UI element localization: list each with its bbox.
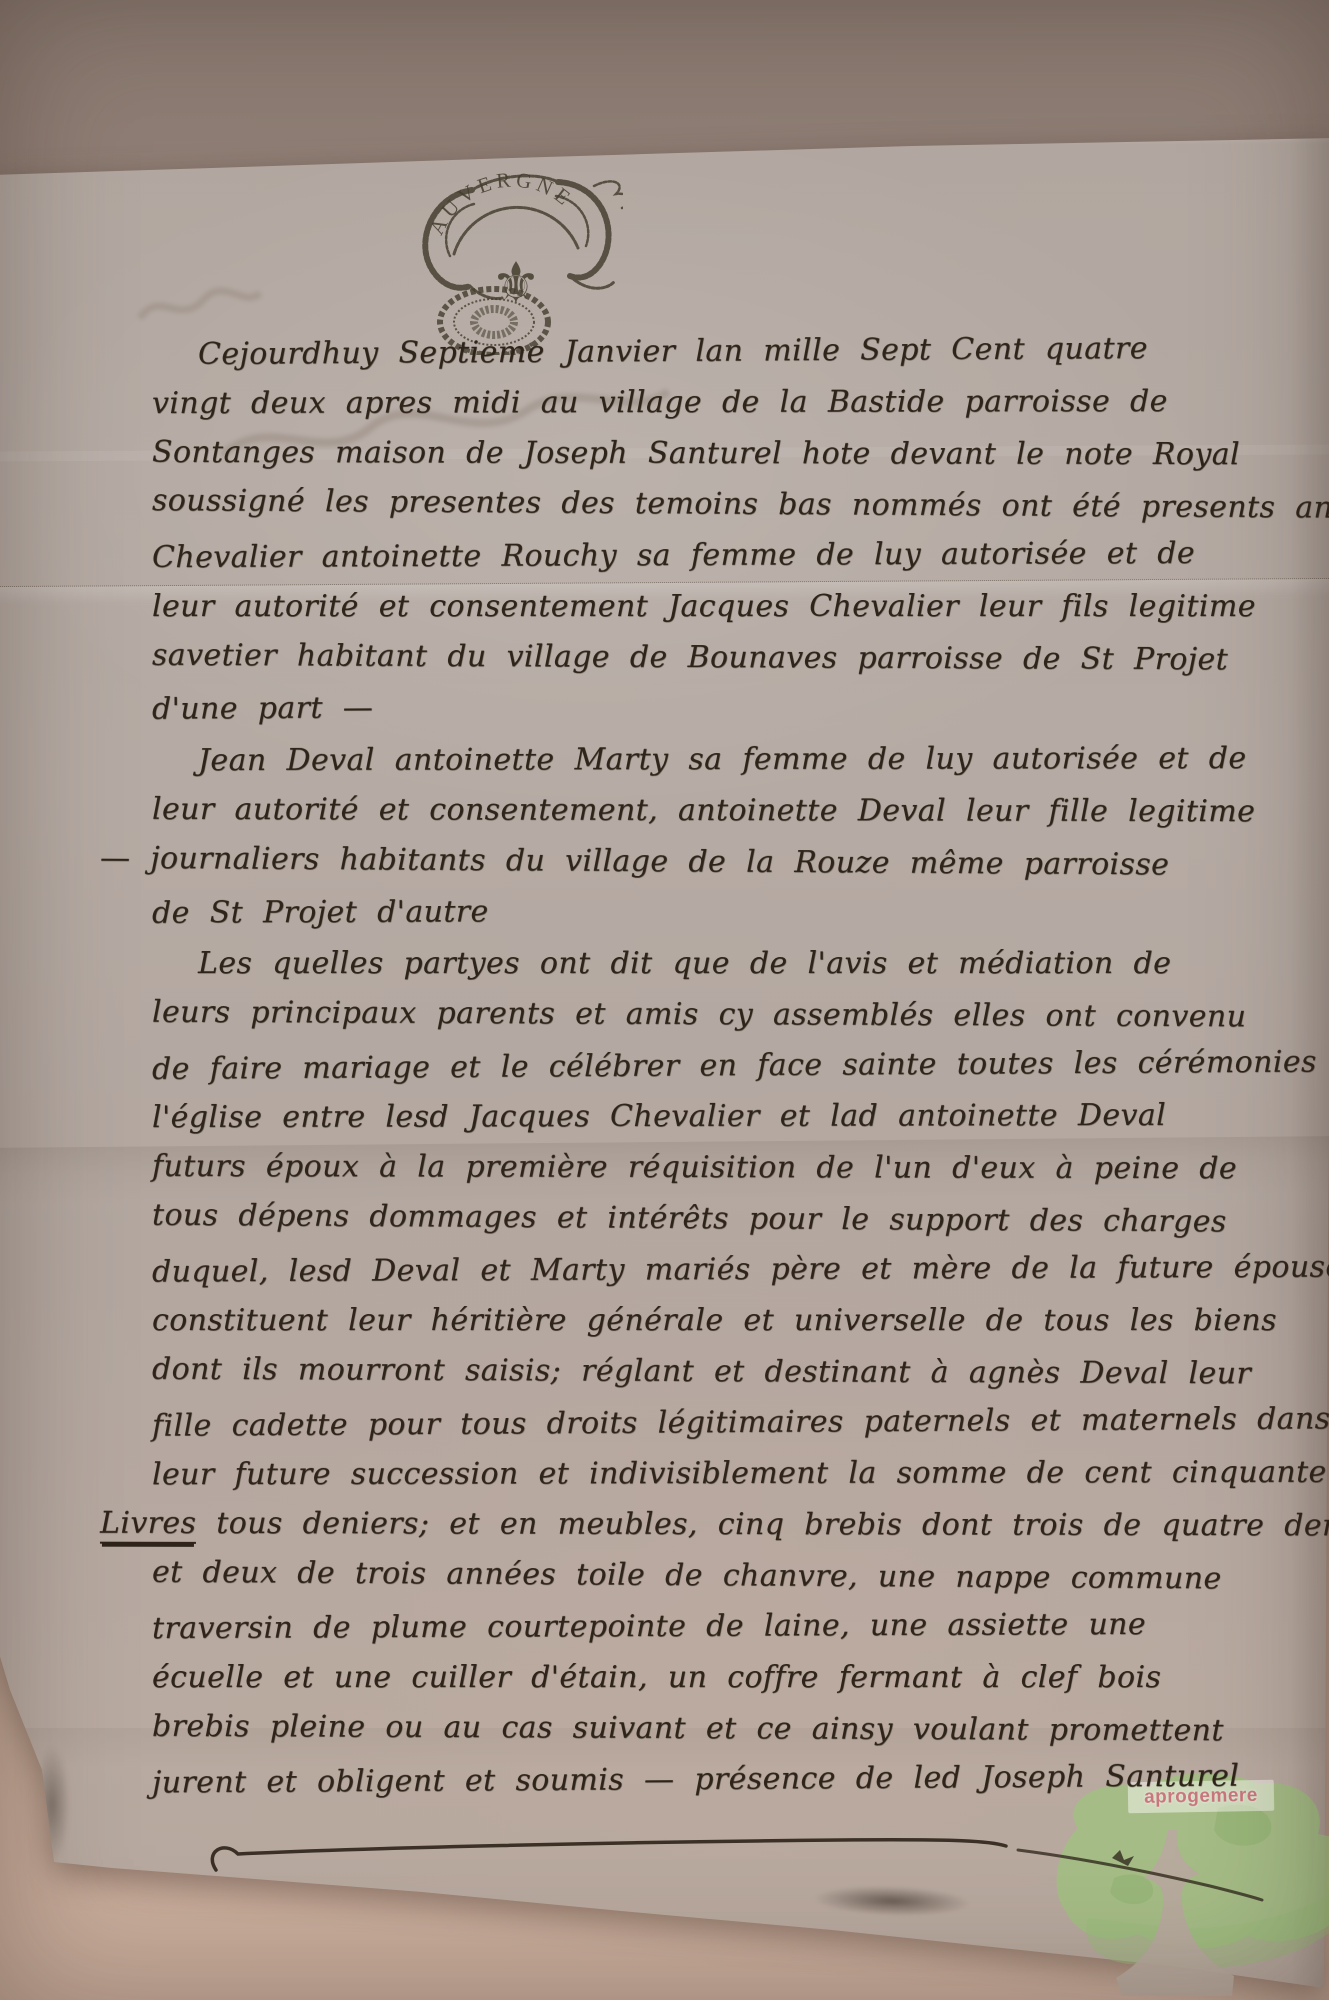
- manuscript-line: de faire mariage et le célébrer en face …: [152, 1044, 1329, 1087]
- photographed-manuscript: aprogemere AUVERGNE ⚜ Cejourdhuy Septiem…: [0, 0, 1329, 2000]
- manuscript-line: Jean Deval antoinette Marty sa femme de …: [198, 741, 1247, 778]
- manuscript-line: traversin de plume courtepointe de laine…: [152, 1607, 1146, 1646]
- manuscript-line: — journaliers habitants du village de la…: [100, 841, 1170, 883]
- manuscript-line: leur autorité et consentement Jacques Ch…: [152, 589, 1256, 624]
- manuscript-text: Cejourdhuy Septieme Janvier lan mille Se…: [0, 0, 1329, 2000]
- manuscript-line: et deux de trois années toile de chanvre…: [152, 1555, 1222, 1597]
- manuscript-line: Cejourdhuy Septieme Janvier lan mille Se…: [198, 331, 1148, 372]
- manuscript-line: vingt deux apres midi au village de la B…: [152, 384, 1168, 421]
- ink-flourish: [200, 1826, 1280, 1916]
- manuscript-line: constituent leur héritière générale et u…: [152, 1303, 1277, 1338]
- manuscript-line: de St Projet d'autre: [152, 894, 489, 930]
- manuscript-line: duquel, lesd Deval et Marty mariés père …: [152, 1250, 1329, 1290]
- manuscript-line: Chevalier antoinette Rouchy sa femme de …: [152, 536, 1195, 575]
- manuscript-line: leurs principaux parents et amis cy asse…: [152, 995, 1246, 1035]
- underlined-margin-word: Livres: [100, 1506, 196, 1544]
- manuscript-line: futurs époux à la première réquisition d…: [152, 1149, 1237, 1186]
- manuscript-line: jurent et obligent et soumis — présence …: [152, 1759, 1240, 1801]
- manuscript-line: écuelle et une cuiller d'étain, un coffr…: [152, 1660, 1161, 1695]
- manuscript-line: Sontanges maison de Joseph Santurel hote…: [152, 435, 1240, 472]
- manuscript-line: fille cadette pour tous droits légitimai…: [152, 1401, 1329, 1443]
- manuscript-line: savetier habitant du village de Bounaves…: [152, 638, 1228, 678]
- manuscript-line: brebis pleine ou au cas suivant et ce ai…: [152, 1709, 1224, 1748]
- manuscript-line: dont ils mourront saisis; réglant et des…: [152, 1352, 1251, 1392]
- manuscript-line: soussigné les presentes des temoins bas …: [152, 483, 1329, 526]
- manuscript-line: Livres tous deniers; et en meubles, cinq…: [100, 1506, 1329, 1544]
- manuscript-line: tous dépens dommages et intérêts pour le…: [152, 1198, 1227, 1240]
- manuscript-line: d'une part —: [152, 690, 373, 726]
- manuscript-line: Les quelles partyes ont dit que de l'avi…: [198, 946, 1171, 981]
- manuscript-line: l'église entre lesd Jacques Chevalier et…: [152, 1098, 1166, 1135]
- manuscript-line: leur future succession et indivisiblemen…: [152, 1455, 1327, 1492]
- manuscript-line: leur autorité et consentement, antoinett…: [152, 792, 1255, 829]
